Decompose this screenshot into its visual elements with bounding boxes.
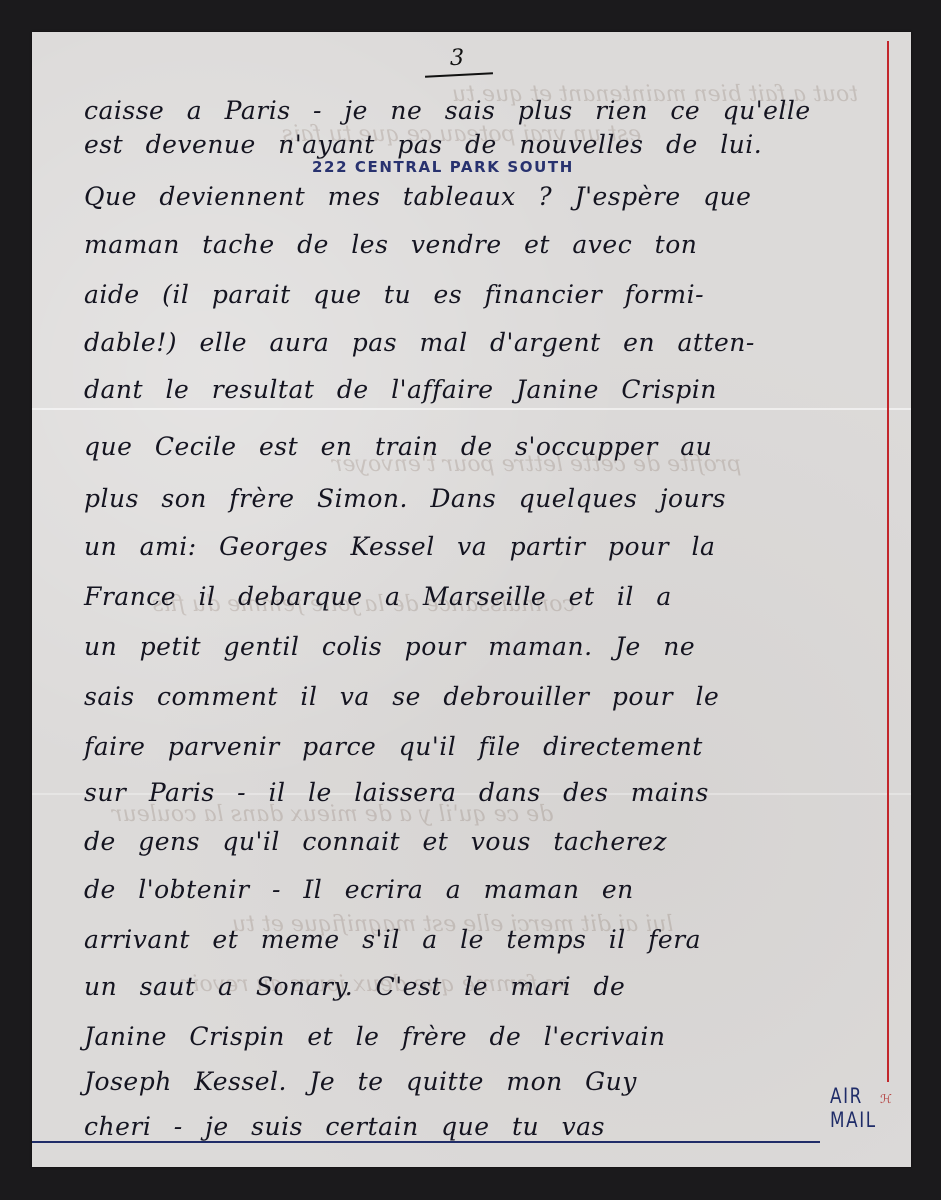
letter-page: tout a fait bien maintenant et que tu es…: [32, 32, 911, 1167]
handwritten-line: maman tache de les vendre et avec ton: [84, 230, 884, 259]
page-number: 3: [450, 46, 464, 71]
handwritten-line: Que deviennent mes tableaux ? J'espère q…: [84, 182, 884, 211]
stationery-logo-icon: ℋ: [880, 1092, 892, 1106]
handwritten-line: aide (il parait que tu es financier form…: [84, 280, 884, 309]
airmail-word-air: AIR: [830, 1084, 877, 1108]
handwritten-line: dable!) elle aura pas mal d'argent en at…: [84, 328, 884, 357]
handwritten-line: faire parvenir parce qu'il file directem…: [84, 732, 884, 761]
handwritten-line: un ami: Georges Kessel va partir pour la: [84, 532, 884, 561]
handwritten-line: caisse a Paris - je ne sais plus rien ce…: [84, 96, 884, 125]
handwritten-line: Janine Crispin et le frère de l'ecrivain: [84, 1022, 884, 1051]
handwritten-line: un saut a Sonary. C'est le mari de: [84, 972, 884, 1001]
page-number-underline: [425, 72, 493, 78]
handwritten-line: plus son frère Simon. Dans quelques jour…: [84, 484, 884, 513]
handwritten-line: cheri - je suis certain que tu vas: [84, 1112, 884, 1141]
airmail-mark: AIR MAIL: [830, 1084, 877, 1132]
blue-bottom-rule: [32, 1141, 820, 1143]
fold-crease: [32, 408, 911, 410]
handwritten-line: Joseph Kessel. Je te quitte mon Guy: [84, 1067, 884, 1096]
airmail-word-mail: MAIL: [830, 1108, 877, 1132]
handwritten-line: sais comment il va se debrouiller pour l…: [84, 682, 884, 711]
handwritten-line: sur Paris - il le laissera dans des main…: [84, 778, 884, 807]
letterhead-address: 222 CENTRAL PARK SOUTH: [312, 158, 574, 176]
red-margin-rule: [887, 41, 889, 1082]
handwritten-line: un petit gentil colis pour maman. Je ne: [84, 632, 884, 661]
handwritten-line: arrivant et meme s'il a le temps il fera: [84, 925, 884, 954]
handwritten-line: est devenue n'ayant pas de nouvelles de …: [84, 130, 884, 159]
handwritten-line: que Cecile est en train de s'occupper au: [84, 432, 884, 461]
handwritten-line: de l'obtenir - Il ecrira a maman en: [84, 875, 884, 904]
handwritten-line: de gens qu'il connait et vous tacherez: [84, 827, 884, 856]
handwritten-line: dant le resultat de l'affaire Janine Cri…: [84, 375, 884, 404]
handwritten-line: France il debarque a Marseille et il a: [84, 582, 884, 611]
